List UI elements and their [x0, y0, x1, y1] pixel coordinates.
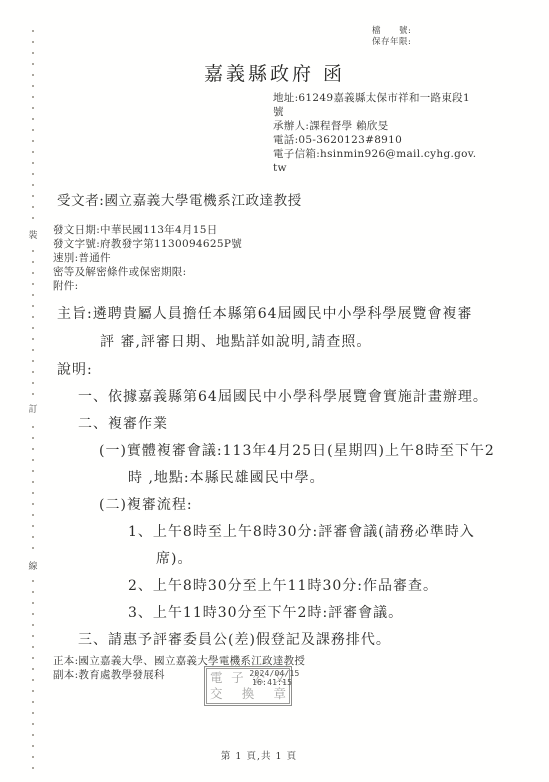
sub-item-1-line2: 時 ,地點:本縣民雄國民中學。: [128, 467, 325, 487]
schedule-3: 3、上午11時30分至下午2時:評審會議。: [128, 602, 403, 622]
sub-item-2: (二)複審流程:: [99, 494, 193, 514]
subject-line1: 主旨:遴聘貴屬人員擔任本縣第64屆國民中小學科學展覽會複審: [57, 303, 473, 323]
security-classification: 密等及解密條件或保密期限:: [53, 265, 186, 279]
recipient-line: 受文者:國立嘉義大學電機系江政達教授: [57, 189, 302, 209]
sub-item-1-line1: (一)實體複審會議:113年4月25日(星期四)上午8時至下午2: [99, 440, 495, 460]
binding-mark-xian: 線: [27, 557, 39, 574]
document-page: { "header": { "file_no_label": "檔 號:", "…: [0, 0, 549, 782]
issue-date: 發文日期:中華民國113年4月15日: [53, 223, 218, 237]
schedule-1-line1: 1、上午8時至上午8時30分:評審會議(請務必準時入: [128, 521, 475, 541]
description-item-1: 一、依據嘉義縣第64屆國民中小學科學展覽會實施計畫辦理。: [78, 386, 488, 406]
binding-mark-zhuang: 裝: [27, 226, 39, 243]
email-line2: tw: [273, 161, 287, 175]
stamp-time: 16:41:15: [252, 678, 292, 687]
description-item-2: 二、複審作業: [78, 413, 168, 433]
stamp-text-row2: 交換章: [210, 686, 286, 702]
attachment-label: 附件:: [53, 279, 78, 293]
binding-mark-ding: 訂: [27, 400, 39, 417]
document-title: 嘉義縣政府 函: [0, 59, 549, 86]
schedule-1-line2: 席)。: [156, 548, 192, 568]
schedule-2: 2、上午8時30分至上午11時30分:作品審查。: [128, 575, 438, 595]
email-line1: 電子信箱:hsinmin926@mail.cyhg.gov.: [273, 147, 476, 161]
description-item-3: 三、請惠予評審委員公(差)假登記及課務排代。: [78, 629, 391, 649]
subject-line2: 評 審,評審日期、地點詳如說明,請查照。: [100, 331, 371, 351]
contact-person: 承辦人:課程督學 賴欣旻: [273, 119, 388, 133]
stamp-date: 2024/04/15: [249, 669, 299, 678]
copy-to-secondary: 副本:教育處教學發展科: [53, 667, 165, 682]
page-number-footer: 第 1 頁,共 1 頁: [0, 748, 518, 762]
sender-address-line1: 地址:61249嘉義縣太保市祥和一路東段1: [273, 91, 470, 105]
sender-address-line2: 號: [273, 105, 284, 119]
retention-period-label: 保存年限:: [372, 35, 411, 47]
priority-level: 速別:普通件: [53, 251, 111, 265]
document-number: 發文字號:府教發字第1130094625P號: [53, 237, 242, 251]
phone-number: 電話:05-3620123#8910: [273, 133, 402, 147]
description-label: 說明:: [57, 359, 93, 379]
